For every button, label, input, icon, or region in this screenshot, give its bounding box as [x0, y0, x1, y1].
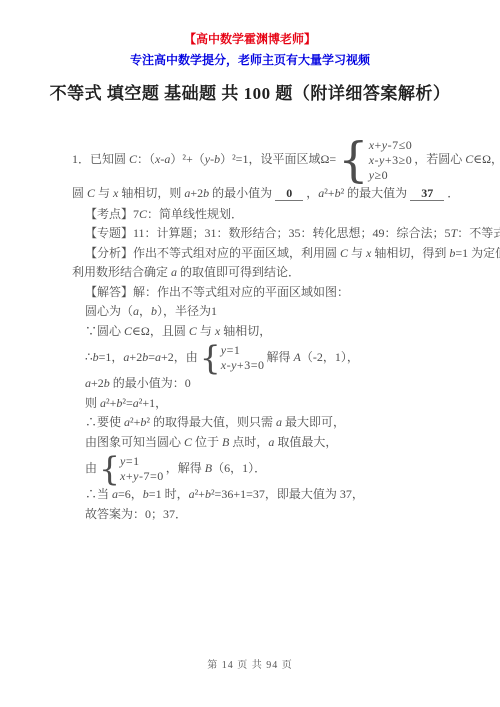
left-brace-icon: { — [338, 136, 369, 184]
document-page: 【高中数学霍渊博老师】 专注高中数学提分，老师主页有大量学习视频 不等式 填空题… — [0, 0, 500, 707]
solution-because-line: ∵圆心 C∈Ω，且圆 C 与 x 轴相切， — [72, 322, 472, 342]
solution-center-line: 圆心为（a，b），半径为1 — [72, 302, 472, 322]
kaodian-line: 【考点】7C：简单线性规划． — [72, 205, 472, 225]
solution-min-line: a+2b 的最小值为：0 — [72, 374, 472, 394]
system-row-2: x-y+3≥0 — [369, 153, 413, 168]
problem-line2-mid: ，a²+b² 的最大值为 — [306, 186, 407, 200]
answer-blank-1: 0 — [275, 186, 303, 201]
fenxi-line-1: 【分析】作出不等式组对应的平面区域，利用圆 C 与 x 轴相切，得到 b=1 为… — [72, 244, 472, 264]
problem-statement-line1: 1．已知圆 C：（x-a）²+（y-b）²=1，设平面区域Ω= { x+y-7≤… — [72, 136, 472, 184]
page-title: 不等式 填空题 基础题 共 100 题（附详细答案解析） — [0, 79, 500, 104]
solve-b-after: ，解得 B（6，1）． — [166, 459, 266, 479]
solution-square-line: 则 a²+b²=a²+1， — [72, 394, 472, 414]
answer-blank-2: 37 — [410, 186, 444, 201]
document-body: 1．已知圆 C：（x-a）²+（y-b）²=1，设平面区域Ω= { x+y-7≤… — [0, 136, 500, 524]
problem-line2-end: ． — [447, 186, 459, 200]
jieda-intro-line: 【解答】解：作出不等式组对应的平面区域如图： — [72, 283, 472, 303]
solve-b-before: 由 — [85, 459, 97, 479]
page-header: 【高中数学霍渊博老师】 专注高中数学提分，老师主页有大量学习视频 不等式 填空题… — [0, 0, 500, 104]
header-teacher-line: 【高中数学霍渊博老师】 — [0, 30, 500, 47]
problem-line2-before: 圆 C 与 x 轴相切，则 a+2b 的最小值为 — [72, 186, 272, 200]
zhuanti-line: 【专题】11：计算题；31：数形结合；35：转化思想；49：综合法；5T：不等式… — [72, 224, 472, 244]
solution-when-line: ∴当 a=6，b=1 时，a²+b²=36+1=37，即最大值为 37， — [72, 485, 472, 505]
solution-solve-b-line: 由 { y=1 x+y-7=0 ，解得 B（6，1）． — [72, 452, 472, 485]
system-b-row-2: x+y-7=0 — [120, 469, 164, 484]
header-promo-line: 专注高中数学提分，老师主页有大量学习视频 — [0, 51, 500, 68]
solution-answer-line: 故答案为：0；37． — [72, 505, 472, 525]
problem-stem-before: 1．已知圆 C：（x-a）²+（y-b）²=1，设平面区域Ω= — [72, 150, 336, 170]
left-brace-icon: { — [99, 452, 120, 485]
system-row-3: y≥0 — [369, 168, 413, 183]
solve-a-before: ∴b=1，a+2b=a+2，由 — [85, 348, 198, 368]
problem-stem-after: ，若圆心 C∈Ω，且 — [414, 150, 500, 170]
page-footer: 第 14 页 共 94 页 — [0, 656, 500, 671]
page-number: 第 14 页 共 94 页 — [207, 660, 293, 671]
problem-statement-line2: 圆 C 与 x 轴相切，则 a+2b 的最小值为 0 ，a²+b² 的最大值为 … — [72, 184, 472, 204]
system-b: { y=1 x+y-7=0 — [99, 452, 164, 485]
left-brace-icon: { — [200, 341, 221, 374]
fenxi-line-2: 利用数形结合确定 a 的取值即可得到结论． — [72, 263, 472, 283]
solution-solve-a-line: ∴b=1，a+2b=a+2，由 { y=1 x-y+3=0 解得 A（-2，1）… — [72, 341, 472, 374]
system-a: { y=1 x-y+3=0 — [200, 341, 265, 374]
inequality-system: { x+y-7≤0 x-y+3≥0 y≥0 — [338, 136, 412, 184]
system-a-row-1: y=1 — [221, 343, 265, 358]
solution-graph-line: 由图象可知当圆心 C 位于 B 点时，a 取值最大， — [72, 433, 472, 453]
solution-max-line: ∴要使 a²+b² 的取得最大值，则只需 a 最大即可， — [72, 413, 472, 433]
solve-a-after: 解得 A（-2，1）， — [266, 348, 358, 368]
system-a-row-2: x-y+3=0 — [221, 358, 265, 373]
system-b-row-1: y=1 — [120, 454, 164, 469]
system-row-1: x+y-7≤0 — [369, 138, 413, 153]
